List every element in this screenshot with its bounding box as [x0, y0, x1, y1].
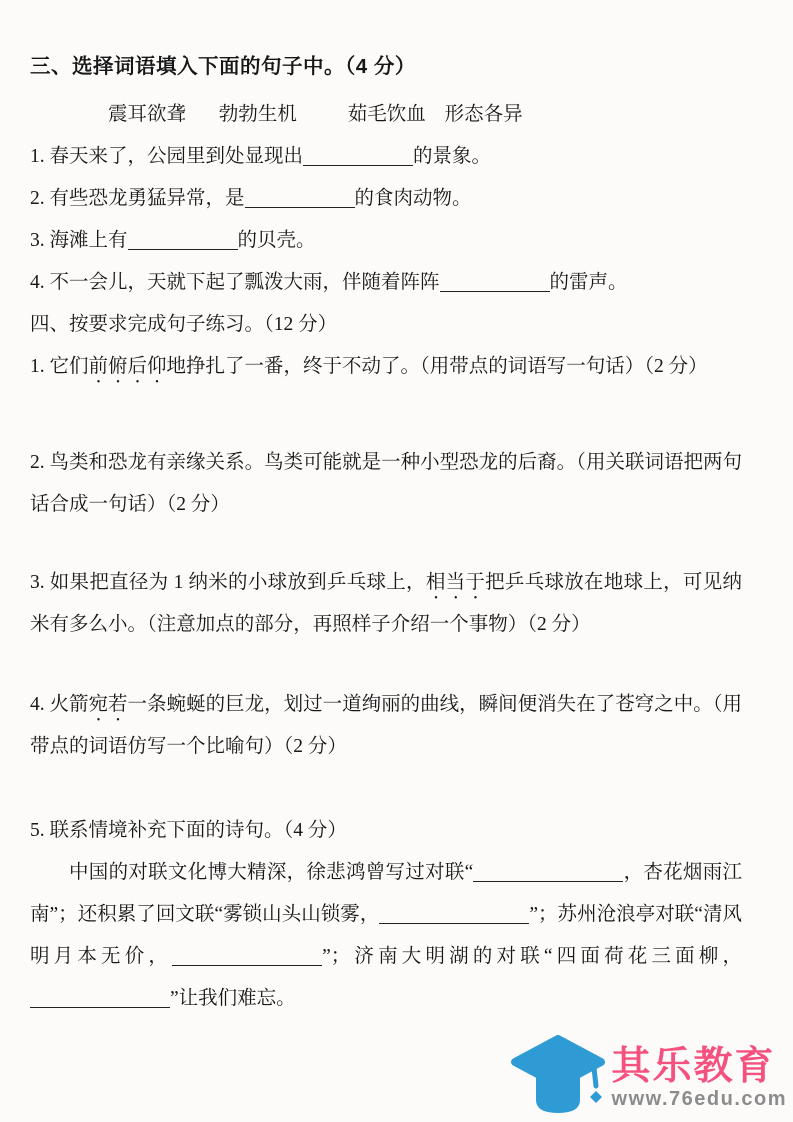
word-bank: 震耳欲聋 勃勃生机 茹毛饮血 形态各异 [108, 94, 742, 136]
question-4: 4. 火箭宛若一条蜿蜒的巨龙，划过一道绚丽的曲线，瞬间便消失在了苍穹之中。（用带… [30, 684, 742, 768]
question-5-heading: 5. 联系情境补充下面的诗句。（4 分） [30, 810, 742, 852]
question-text: 一条蜿蜒的巨龙，划过一道绚丽的曲线，瞬间便消失在了苍穹之中。（用带点的词语仿写一… [30, 694, 742, 757]
brand-text-block: 其乐教育 www.76edu.com [612, 1047, 787, 1110]
question-3: 3. 如果把直径为 1 纳米的小球放到乒乓球上，相当于把乒乓球放在地球上，可见纳… [30, 562, 742, 646]
answer-blank [440, 272, 550, 293]
couplet-blank [172, 946, 322, 967]
word-bank-item-3: 茹毛饮血 [348, 94, 426, 136]
sentence-text: 1. 春天来了，公园里到处显现出 [30, 146, 303, 167]
question-text: 4. 火箭 [30, 694, 89, 715]
sentence-text: 的食肉动物。 [355, 188, 472, 209]
graduation-cap-icon [510, 1032, 606, 1118]
fill-blank-sentence-4: 4. 不一会儿，天就下起了瓢泼大雨，伴随着阵阵的雷声。 [30, 262, 742, 304]
couplet-text: ”；济南大明湖的对联“四面荷花三面柳， [322, 946, 742, 967]
brand-name: 其乐教育 [612, 1047, 787, 1087]
couplet-text: 中国的对联文化博大精深，徐悲鸿曾写过对联“ [69, 862, 473, 883]
couplet-text: ”让我们难忘。 [170, 988, 296, 1009]
sentence-text: 4. 不一会儿，天就下起了瓢泼大雨，伴随着阵阵 [30, 272, 440, 293]
question-5-paragraph: 中国的对联文化博大精深，徐悲鸿曾写过对联“，杏花烟雨江南”；还积累了回文联“雾锁… [30, 852, 742, 1020]
exam-content: 三、选择词语填入下面的句子中。（4 分） 震耳欲聋 勃勃生机 茹毛饮血 形态各异… [30, 52, 742, 1020]
dotted-word: 前俯后仰 [89, 356, 167, 377]
question-text: 2. 鸟类和恐龙有亲缘关系。鸟类可能就是一种小型恐龙的后裔。（用关联词语把两句话… [30, 452, 742, 515]
exam-page: 三、选择词语填入下面的句子中。（4 分） 震耳欲聋 勃勃生机 茹毛饮血 形态各异… [0, 0, 793, 1122]
dotted-word: 相当于 [426, 572, 485, 593]
couplet-blank [473, 862, 623, 883]
fill-blank-sentence-1: 1. 春天来了，公园里到处显现出的景象。 [30, 136, 742, 178]
sentence-text: 的景象。 [413, 146, 491, 167]
sentence-text: 的雷声。 [550, 272, 628, 293]
word-bank-item-2: 勃勃生机 [219, 94, 297, 136]
question-1: 1. 它们前俯后仰地挣扎了一番，终于不动了。（用带点的词语写一句话）（2 分） [30, 346, 742, 388]
sentence-text: 3. 海滩上有 [30, 230, 128, 251]
question-text: 地挣扎了一番，终于不动了。（用带点的词语写一句话）（2 分） [167, 356, 708, 377]
word-bank-item-1: 震耳欲聋 [108, 94, 186, 136]
word-bank-item-4: 形态各异 [445, 94, 523, 136]
dotted-word: 宛若 [89, 694, 128, 715]
fill-blank-sentence-2: 2. 有些恐龙勇猛异常，是的食肉动物。 [30, 178, 742, 220]
question-text: 1. 它们 [30, 356, 89, 377]
brand-logo: 其乐教育 www.76edu.com [510, 1032, 787, 1118]
answer-blank [128, 230, 238, 251]
question-text: 3. 如果把直径为 1 纳米的小球放到乒乓球上， [30, 572, 426, 593]
answer-blank [303, 146, 413, 167]
question-2: 2. 鸟类和恐龙有亲缘关系。鸟类可能就是一种小型恐龙的后裔。（用关联词语把两句话… [30, 442, 742, 526]
couplet-blank [30, 988, 170, 1009]
fill-blank-sentence-3: 3. 海滩上有的贝壳。 [30, 220, 742, 262]
section3-heading: 三、选择词语填入下面的句子中。（4 分） [30, 52, 742, 82]
couplet-blank [379, 904, 529, 925]
sentence-text: 2. 有些恐龙勇猛异常，是 [30, 188, 245, 209]
sentence-text: 的贝壳。 [238, 230, 316, 251]
answer-blank [245, 188, 355, 209]
brand-url: www.76edu.com [612, 1088, 787, 1110]
section4-heading: 四、按要求完成句子练习。（12 分） [30, 304, 742, 346]
